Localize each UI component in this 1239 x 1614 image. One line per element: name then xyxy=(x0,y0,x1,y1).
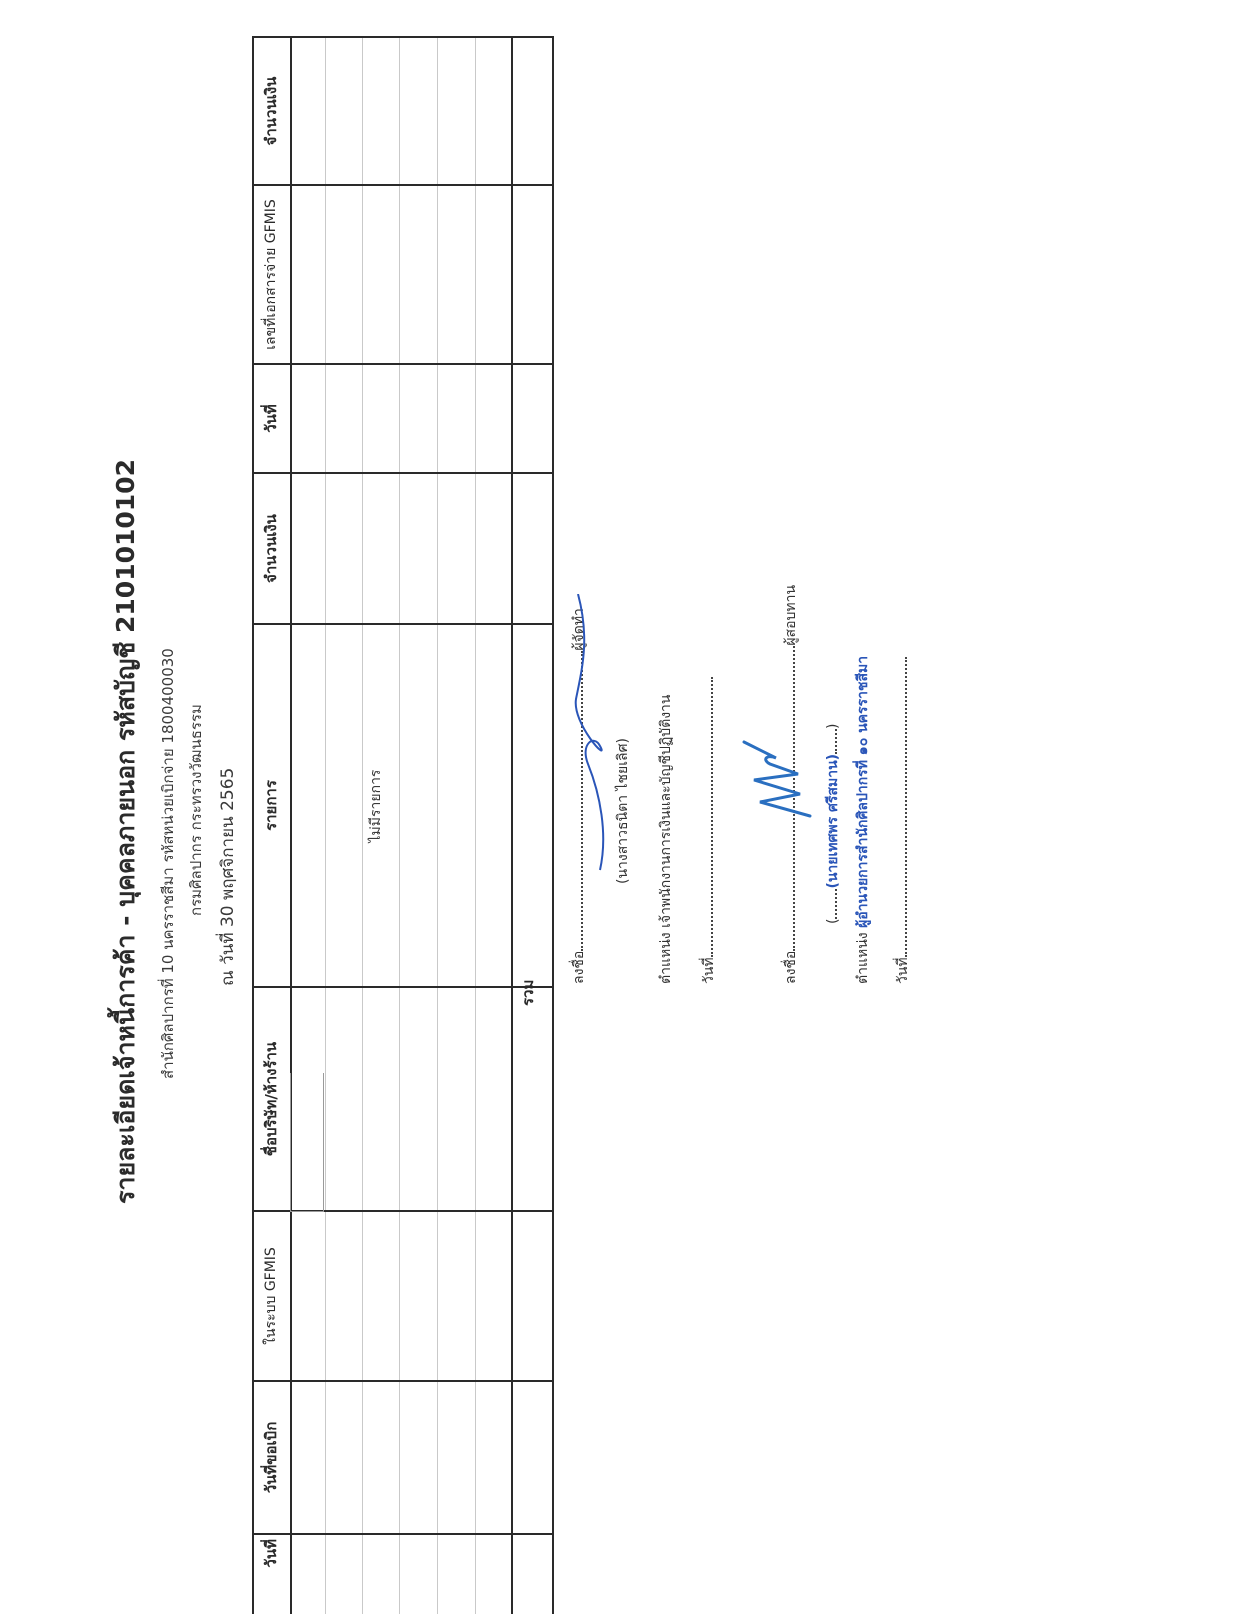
reviewer-date-field xyxy=(905,657,907,957)
scan-artifact-box xyxy=(290,1073,324,1212)
preparer-name: (นางสาวธนิตา ไชยเลิศ) xyxy=(612,738,634,884)
reviewer-position-prefix: ตำแหน่ง xyxy=(855,932,871,984)
column-border xyxy=(252,623,554,625)
row-divider xyxy=(475,36,476,1614)
header-payment-date: วันที่ xyxy=(252,365,290,472)
reviewer-position: ผู้อำนวยการสำนักศิลปากรที่ ๑๐ นครราชสีมา xyxy=(855,656,871,928)
header-gfmis-payment-doc-no: เลขที่เอกสารจ่าย GFMIS xyxy=(252,186,290,363)
reviewer-sign-prefix: ลงชื่อ xyxy=(783,951,799,984)
reviewer-date-line: วันที่ xyxy=(892,657,914,984)
reviewer-name-open-paren: ( xyxy=(825,919,841,924)
report-as-of-date: ณ วันที่ 30 พฤศจิกายน 2565 xyxy=(214,768,241,986)
reviewer-name-line: ((นายเทศพร ศรีสมาน)) xyxy=(822,723,844,924)
reviewer-role: ผู้สอบทาน xyxy=(783,585,799,646)
report-title: รายละเอียดเจ้าหนี้การค้า - บุคคลภายนอก ร… xyxy=(106,434,146,1204)
table-border-bottom xyxy=(552,36,554,1614)
preparer-sign-prefix: ลงชื่อ xyxy=(571,951,587,984)
column-border xyxy=(252,184,554,186)
preparer-handwritten-signature xyxy=(560,594,620,874)
reviewer-handwritten-signature xyxy=(740,734,820,824)
row-divider xyxy=(325,36,326,1614)
column-border xyxy=(252,472,554,474)
header-date: วันที่ xyxy=(252,1535,290,1614)
column-border xyxy=(252,1380,554,1382)
reviewer-name: (นายเทศพร ศรีสมาน) xyxy=(825,754,841,889)
preparer-date-field xyxy=(711,677,713,957)
preparer-date-prefix: วันที่ xyxy=(701,957,717,984)
report-page: รายละเอียดเจ้าหนี้การค้า - บุคคลภายนอก ร… xyxy=(0,0,1239,1614)
header-company-name: ชื่อบริษัท/ห้างร้าน xyxy=(252,988,290,1210)
reviewer-name-dots xyxy=(835,889,837,919)
preparer-position-line: ตำแหน่ง เจ้าพนักงานการเงินและบัญชีปฏิบัต… xyxy=(655,695,677,985)
column-border xyxy=(252,1533,554,1535)
creditor-table: วันที่ วันที่ขอเบิก ในระบบ GFMIS ชื่อบริ… xyxy=(252,36,554,1614)
column-border xyxy=(252,363,554,365)
reviewer-name-close-paren: ) xyxy=(825,723,841,728)
preparer-position: เจ้าพนักงานการเงินและบัญชีปฏิบัติงาน xyxy=(658,695,674,928)
row-divider xyxy=(399,36,400,1614)
total-row-top-border xyxy=(511,36,513,1614)
header-item: รายการ xyxy=(252,625,290,986)
report-subtitle-department: กรมศิลปากร กระทรวงวัฒนธรรม xyxy=(184,704,208,916)
no-items-text: ไม่มีรายการ xyxy=(365,624,387,988)
preparer-date-line: วันที่ xyxy=(698,677,720,984)
reviewer-date-prefix: วันที่ xyxy=(895,957,911,984)
table-border-right xyxy=(252,36,554,38)
reviewer-name-dots xyxy=(835,729,837,754)
report-subtitle-office: สำนักศิลปากรที่ 10 นครราชสีมา รหัสหน่วยเ… xyxy=(156,648,180,1079)
preparer-position-prefix: ตำแหน่ง xyxy=(658,932,674,984)
column-border xyxy=(252,986,554,988)
total-label: รวม xyxy=(516,980,540,1006)
header-request-date: วันที่ขอเบิก xyxy=(252,1382,290,1533)
header-in-gfmis: ในระบบ GFMIS xyxy=(252,1212,290,1380)
reviewer-position-line: ตำแหน่ง ผู้อำนวยการสำนักศิลปากรที่ ๑๐ นค… xyxy=(852,656,874,984)
row-divider xyxy=(362,36,363,1614)
header-paid-amount: จำนวนเงิน xyxy=(252,38,290,184)
header-bottom-border xyxy=(290,36,292,1614)
header-amount: จำนวนเงิน xyxy=(252,474,290,623)
row-divider xyxy=(437,36,438,1614)
